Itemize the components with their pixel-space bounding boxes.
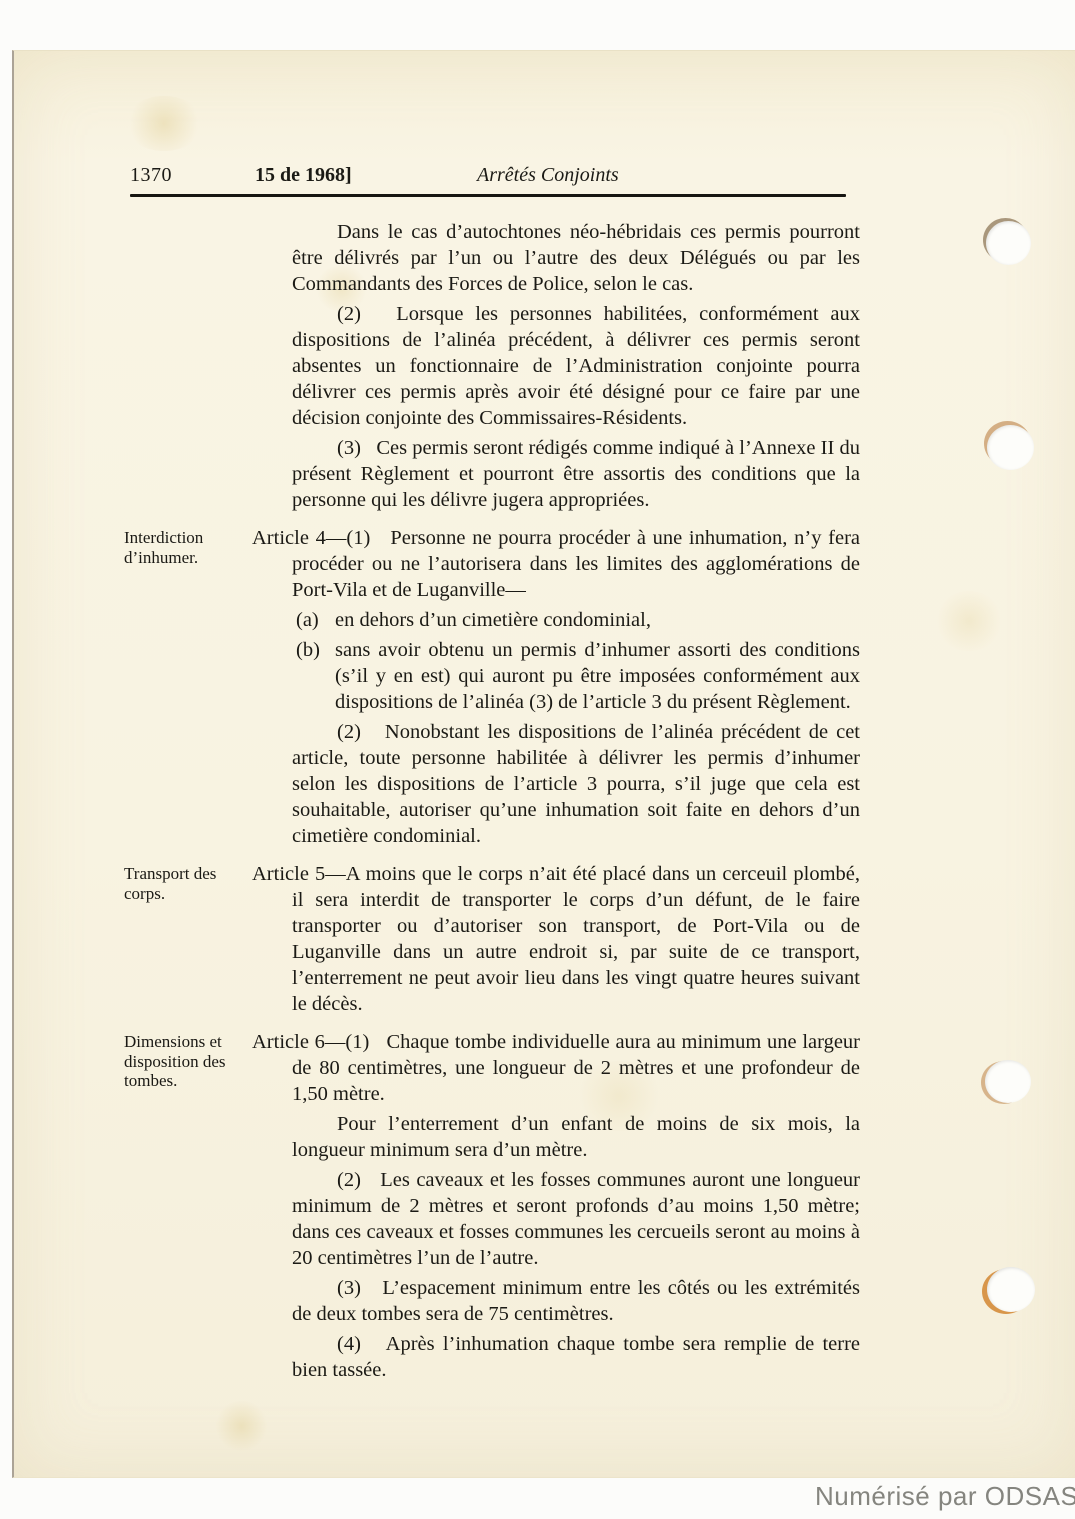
paper-sheet: 1370 15 de 1968] Arrêtés Conjoints Dans … xyxy=(12,50,1075,1478)
list-item-marker: (b) xyxy=(296,637,320,663)
article-5-paragraph: Article 5—A moins que le corps n’ait été… xyxy=(292,861,860,1017)
paper-stain xyxy=(214,1401,269,1451)
list-item-marker: (a) xyxy=(296,607,319,633)
list-item-a: (a) en dehors d’un cimetière condominial… xyxy=(292,607,860,633)
punch-hole xyxy=(986,221,1031,265)
article-6-paragraph-3: (3) L’espacement minimum entre les côtés… xyxy=(292,1275,860,1327)
list-item-text: sans avoir obtenu un permis d’inhumer as… xyxy=(335,639,860,713)
article-6-opening-paragraph: Article 6—(1) Chaque tombe individuelle … xyxy=(292,1029,860,1107)
margin-note-interdiction: Interdiction d’inhumer. xyxy=(124,528,226,567)
issue-reference: 15 de 1968] xyxy=(255,164,352,187)
article-6-paragraph-4: (4) Après l’inhumation chaque tombe sera… xyxy=(292,1331,860,1383)
article-5-section: Transport des corps. Article 5—A moins q… xyxy=(292,861,860,1017)
margin-note-transport: Transport des corps. xyxy=(124,864,226,903)
paragraph-intro-3: (3) Ces permis seront rédigés comme indi… xyxy=(292,435,860,513)
punch-hole xyxy=(987,1267,1035,1312)
document-body: Dans le cas d’autochtones néo-hébridais … xyxy=(292,219,860,1387)
paragraph-intro-1: Dans le cas d’autochtones néo-hébridais … xyxy=(292,219,860,297)
article-4-paragraph-2: (2) Nonobstant les dispositions de l’ali… xyxy=(292,719,860,849)
list-item-b: (b) sans avoir obtenu un permis d’inhume… xyxy=(292,637,860,715)
article-6-section: Dimensions et disposi­tion des tombes. A… xyxy=(292,1029,860,1383)
scanned-document: 1370 15 de 1968] Arrêtés Conjoints Dans … xyxy=(0,0,1075,1519)
running-title: Arrêtés Conjoints xyxy=(477,164,619,187)
article-4-section: Interdiction d’inhumer. Article 4—(1) Pe… xyxy=(292,525,860,849)
article-6-paragraph-enfant: Pour l’enterrement d’un enfant de moins … xyxy=(292,1111,860,1163)
margin-note-dimensions: Dimensions et disposi­tion des tombes. xyxy=(124,1032,226,1091)
paper-stain xyxy=(934,591,1004,651)
paragraph-intro-2: (2) Lorsque les personnes habilitées, co… xyxy=(292,301,860,431)
header-rule xyxy=(130,194,846,197)
page-number: 1370 xyxy=(130,164,172,187)
list-item-text: en dehors d’un cimetière condominial, xyxy=(335,609,651,631)
article-4-opening-paragraph: Article 4—(1) Personne ne pourra procéde… xyxy=(292,525,860,603)
page-header: 1370 15 de 1968] Arrêtés Conjoints xyxy=(14,164,1075,194)
punch-hole xyxy=(987,425,1034,470)
article-6-paragraph-2: (2) Les caveaux et les fosses communes a… xyxy=(292,1167,860,1271)
digitization-watermark: Numérisé par ODSAS xyxy=(815,1481,1075,1512)
punch-hole xyxy=(985,1060,1031,1103)
paper-stain xyxy=(124,96,204,151)
